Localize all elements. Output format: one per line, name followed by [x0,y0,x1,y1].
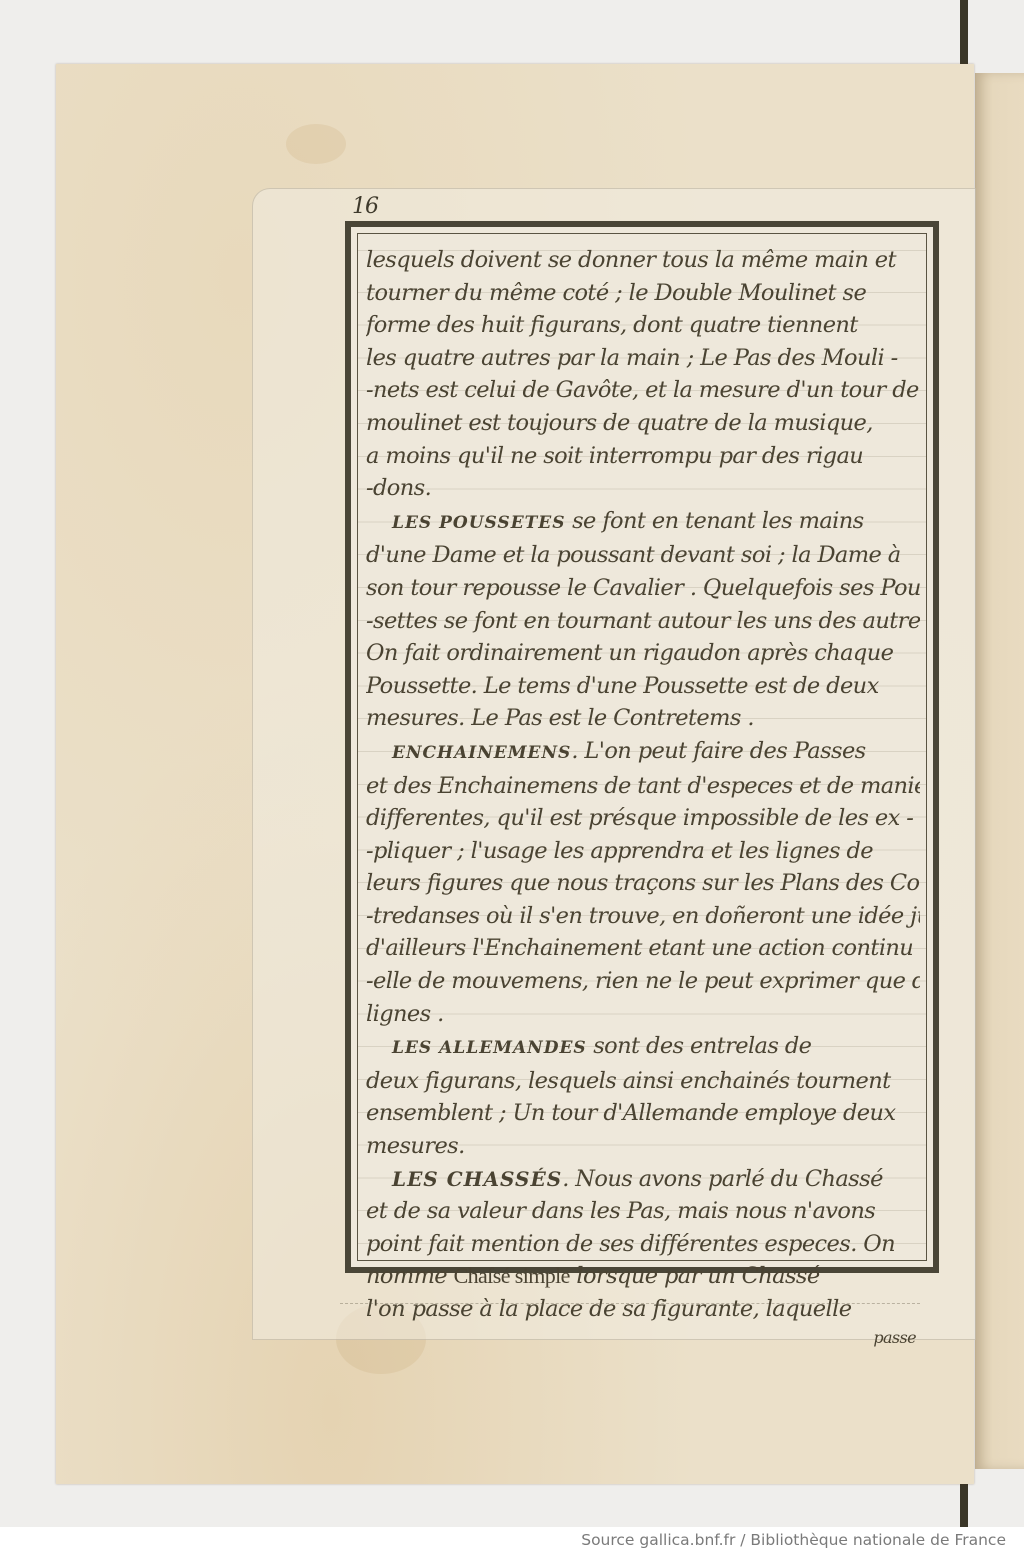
text-line: -elle de mouvemens, rien ne le peut expr… [366,965,920,998]
text-line: d'ailleurs l'Enchainement etant une acti… [366,932,920,965]
text-line: Poussette. Le tems d'une Poussette est d… [366,670,920,703]
section-poussetes-first-line: LES POUSSETES se font en tenant les main… [366,505,920,540]
text-span: . Nous avons parlé du Chassé [562,1166,883,1192]
next-page-edge [975,73,1024,1469]
text-line: -settes se font en tournant autour les u… [366,605,920,638]
text-line: son tour repousse le Cavalier . Quelquef… [366,572,920,605]
text-line: -tredanses où il s'en trouve, en doñeron… [366,900,920,933]
paper-stain [286,124,346,164]
text-line: deux figurans, lesquels ainsi enchainés … [366,1065,920,1098]
text-line: lesquels doivent se donner tous la même … [366,244,920,277]
text-span: lorsque par un Chassé [570,1263,820,1289]
text-line: d'une Dame et la poussant devant soi ; l… [366,539,920,572]
binding-strip-bottom [960,1478,968,1527]
section-allemandes-first-line: LES ALLEMANDES sont des entrelas de [366,1030,920,1065]
source-credit-bar: Source gallica.bnf.fr / Bibliothèque nat… [0,1527,1024,1558]
text-line: mesures. [366,1130,920,1163]
text-span: . L'on peut faire des Passes [571,738,865,764]
section-heading-allemandes: LES ALLEMANDES [392,1038,587,1058]
text-span: sont des entrelas de [587,1033,812,1059]
text-line: forme des huit figurans, dont quatre tie… [366,309,920,342]
text-line: et des Enchainemens de tant d'especes et… [366,770,920,803]
text-line: a moins qu'il ne soit interrompu par des… [366,440,920,473]
text-line: mesures. Le Pas est le Contretems . [366,702,920,735]
page-number: 16 [352,194,378,219]
text-line: moulinet est toujours de quatre de la mu… [366,407,920,440]
document-viewer: 16 lesquels doivent se donner tous la mê… [0,0,1024,1527]
text-line: -nets est celui de Gavôte, et la mesure … [366,374,920,407]
section-heading-chasses: LES CHASSÉS [392,1167,562,1191]
text-frame: lesquels doivent se donner tous la même … [345,221,939,1273]
text-block: lesquels doivent se donner tous la même … [357,233,927,1261]
text-span: nomme [366,1263,454,1289]
source-credit: Source gallica.bnf.fr / Bibliothèque nat… [581,1531,1006,1549]
text-line: -dons. [366,472,920,505]
text-line: point fait mention de ses différentes es… [366,1228,920,1261]
text-line: differentes, qu'il est présque impossibl… [366,802,920,835]
section-heading-poussetes: LES POUSSETES [392,513,566,533]
guide-rule [340,1303,920,1304]
text-line: ensemblent ; Un tour d'Allemande employe… [366,1097,920,1130]
catchword: passe [366,1326,920,1350]
text-line: leurs figures que nous traçons sur les P… [366,867,920,900]
binding-strip-top [960,0,968,68]
text-line: tourner du même coté ; le Double Mouline… [366,277,920,310]
text-line: On fait ordinairement un rigaudon après … [366,637,920,670]
text-line-mixed: nomme Chaſsé simple lorsque par un Chass… [366,1260,920,1293]
section-heading-enchainemens: ENCHAINEMENS [392,743,571,763]
text-line: -pliquer ; l'usage les apprendra et les … [366,835,920,868]
text-line: les quatre autres par la main ; Le Pas d… [366,342,920,375]
text-span: se font en tenant les mains [566,508,864,534]
text-line: l'on passe à la place de sa figurante, l… [366,1293,920,1326]
term-chasse-simple: Chaſsé simple [454,1263,570,1288]
text-line: lignes . [366,998,920,1031]
section-enchainemens-first-line: ENCHAINEMENS. L'on peut faire des Passes [366,735,920,770]
text-line: et de sa valeur dans les Pas, mais nous … [366,1195,920,1228]
section-chasses-first-line: LES CHASSÉS. Nous avons parlé du Chassé [366,1163,920,1196]
